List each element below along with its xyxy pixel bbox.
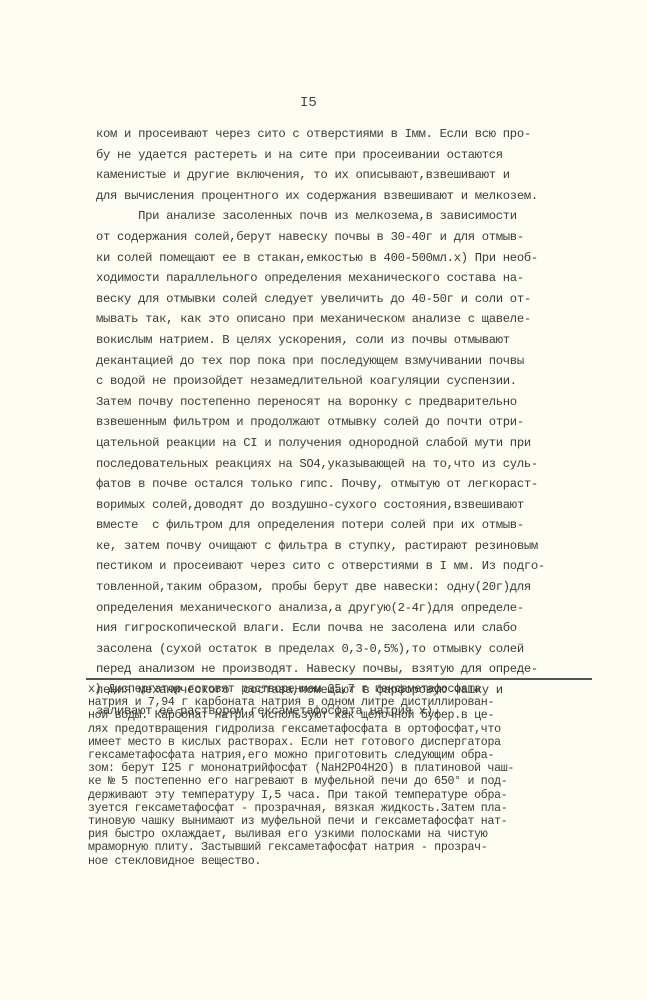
footnote-divider	[86, 678, 592, 680]
body-line: вместе с фильтром для определения потери…	[96, 515, 616, 536]
body-line: бу не удается растереть и на сите при пр…	[96, 145, 616, 166]
body-line: для вычисления процентного их содержания…	[96, 186, 616, 207]
body-line: При анализе засоленных почв из мелкозема…	[96, 206, 616, 227]
body-line: мывать так, как это описано при механиче…	[96, 309, 616, 330]
body-line: пестиком и просеивают через сито с отвер…	[96, 556, 616, 577]
footnote-line: ке № 5 постепенно его нагревают в муфель…	[88, 775, 598, 788]
body-text: ком и просеивают через сито с отверстиям…	[96, 124, 616, 721]
footnote-line: гексаметафосфата натрия,его можно пригот…	[88, 749, 598, 762]
body-line: каменистые и другие включения, то их опи…	[96, 165, 616, 186]
body-line: перед анализом не производят. Навеску по…	[96, 659, 616, 680]
body-line: с водой не произойдет незамедлительной к…	[96, 371, 616, 392]
footnote-line: ной воды. Карбонат натрия используют как…	[88, 709, 598, 722]
body-line: воримых солей,доводят до воздушно-сухого…	[96, 495, 616, 516]
footnote-line: тиновую чашку вынимают из муфельной печи…	[88, 815, 598, 828]
footnote-line: ное стекловидное вещество.	[88, 855, 598, 868]
footnote-line: мраморную плиту. Застывший гексаметафосф…	[88, 841, 598, 854]
footnote-line: зуется гексаметафосфат - прозрачная, вяз…	[88, 802, 598, 815]
body-line: ки солей помещают ее в стакан,емкостью в…	[96, 248, 616, 269]
footnote: x) Диспергатор готовят растворением 35,7…	[88, 683, 598, 868]
page-number: I5	[300, 95, 317, 111]
body-line: ке, затем почву очищают с фильтра в ступ…	[96, 536, 616, 557]
body-line: вокислым натрием. В целях ускорения, сол…	[96, 330, 616, 351]
body-line: фатов в почве остался только гипс. Почву…	[96, 474, 616, 495]
footnote-line: лях предотвращения гидролиза гексаметафо…	[88, 723, 598, 736]
body-line: Затем почву постепенно переносят на воро…	[96, 392, 616, 413]
body-line: ния гигроскопической влаги. Если почва н…	[96, 618, 616, 639]
body-line: ком и просеивают через сито с отверстиям…	[96, 124, 616, 145]
footnote-line: зом: берут I25 г мононатрийфосфат (NaH2P…	[88, 762, 598, 775]
footnote-line: имеет место в кислых растворах. Если нет…	[88, 736, 598, 749]
body-line: товленной,таким образом, пробы берут две…	[96, 577, 616, 598]
footnote-line: натрия и 7,94 г карбоната натрия в одном…	[88, 696, 598, 709]
footnote-line: рия быстро охлаждает, выливая его узкими…	[88, 828, 598, 841]
footnote-line: держивают эту температуру I,5 часа. При …	[88, 789, 598, 802]
body-line: определения механического анализа,а друг…	[96, 598, 616, 619]
body-line: последовательных реакциях на SO4,указыва…	[96, 454, 616, 475]
body-line: засолена (сухой остаток в пределах 0,3-0…	[96, 639, 616, 660]
body-line: ходимости параллельного определения меха…	[96, 268, 616, 289]
body-line: цательной реакции на CI и получения одно…	[96, 433, 616, 454]
body-line: взвешенным фильтром и продолжают отмывку…	[96, 412, 616, 433]
body-line: веску для отмывки солей следует увеличит…	[96, 289, 616, 310]
footnote-line: x) Диспергатор готовят растворением 35,7…	[88, 683, 598, 696]
body-line: от содержания солей,берут навеску почвы …	[96, 227, 616, 248]
body-line: декантацией до тех пор пока при последую…	[96, 351, 616, 372]
